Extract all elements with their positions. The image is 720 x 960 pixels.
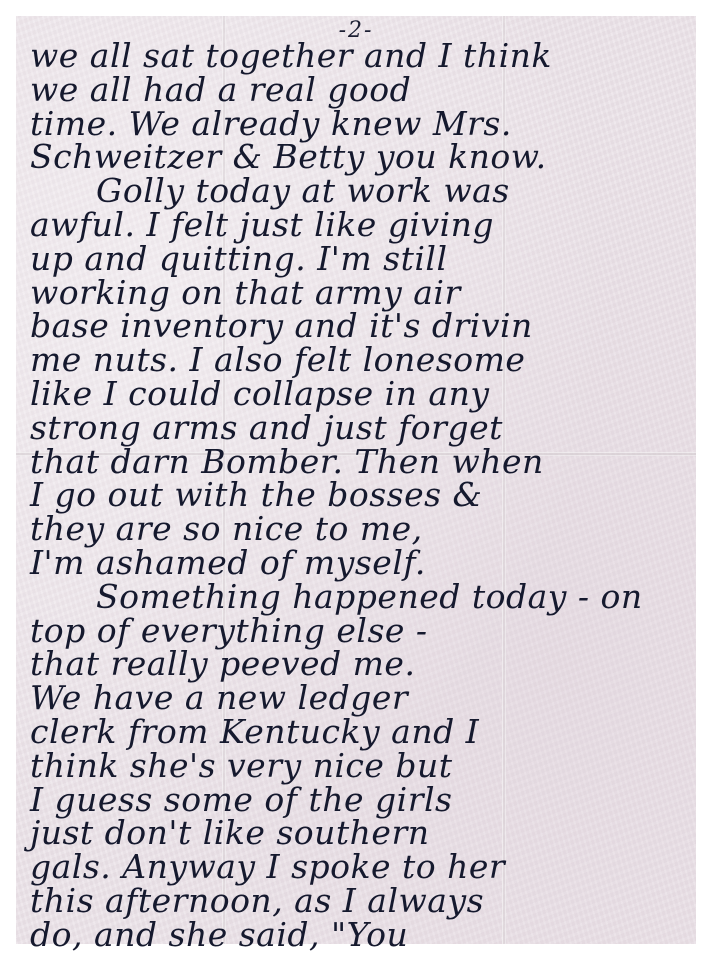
handwritten-line: do, and she said, "You	[30, 915, 408, 954]
letter-page: -2- we all sat together and I thinkwe al…	[16, 16, 696, 944]
